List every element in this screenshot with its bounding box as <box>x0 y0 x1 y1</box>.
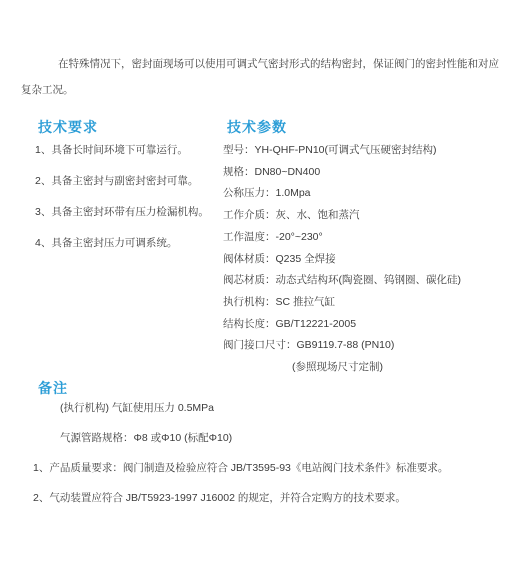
tech-params-list: 型号：YH-QHF-PN10(可调式气压硬密封结构) 规格：DN80~DN400… <box>223 140 523 379</box>
tech-params-heading: 技术参数 <box>227 117 287 137</box>
param-body-material: 阀体材质：Q235 全焊接 <box>223 249 523 271</box>
tech-requirements-list: 1、具备长时间环境下可靠运行。 2、具备主密封与副密封密封可靠。 3、具备主密封… <box>35 143 215 267</box>
tech-requirements-heading: 技术要求 <box>38 117 98 137</box>
param-custom-size-note: (参照现场尺寸定制) <box>223 357 523 379</box>
param-structure-length: 结构长度：GB/T12221-2005 <box>223 314 523 336</box>
note-item-pneumatic: 2、气动装置应符合 JB/T5923-1997 J16002 的规定，并符合定购… <box>33 491 523 505</box>
param-spec: 规格：DN80~DN400 <box>223 162 523 184</box>
intro-paragraph: 在特殊情况下，密封面现场可以使用可调式气密封形式的结构密封，保证阀门的密封性能和… <box>21 51 499 103</box>
tech-requirement-item-2: 2、具备主密封与副密封密封可靠。 <box>35 174 215 188</box>
tech-requirement-item-3: 3、具备主密封环带有压力检漏机构。 <box>35 205 215 219</box>
param-nominal-pressure: 公称压力：1.0Mpa <box>223 183 523 205</box>
tech-requirement-item-1: 1、具备长时间环境下可靠运行。 <box>35 143 215 157</box>
note-cylinder-pressure: (执行机构) 气缸使用压力 0.5MPa <box>60 402 380 415</box>
param-working-medium: 工作介质：灰、水、饱和蒸汽 <box>223 205 523 227</box>
tech-requirement-item-4: 4、具备主密封压力可调系统。 <box>35 236 215 250</box>
notes-lines: (执行机构) 气缸使用压力 0.5MPa 气源管路规格：Φ8 或Φ10 (标配Φ… <box>60 402 380 462</box>
param-flange-size: 阀门接口尺寸：GB9119.7-88 (PN10) <box>223 335 523 357</box>
param-model: 型号：YH-QHF-PN10(可调式气压硬密封结构) <box>223 140 523 162</box>
note-item-quality: 1、产品质量要求：阀门制造及检验应符合 JB/T3595-93《电站阀门技术条件… <box>33 461 523 475</box>
param-working-temp: 工作温度：-20°~230° <box>223 227 523 249</box>
document-page: 在特殊情况下，密封面现场可以使用可调式气密封形式的结构密封，保证阀门的密封性能和… <box>0 0 532 566</box>
param-actuator: 执行机构：SC 推拉气缸 <box>223 292 523 314</box>
param-core-material: 阀芯材质：动态式结构环(陶瓷圈、钨钢圈、碳化硅) <box>223 270 523 292</box>
notes-numbered-list: 1、产品质量要求：阀门制造及检验应符合 JB/T3595-93《电站阀门技术条件… <box>33 461 523 521</box>
note-air-pipe-spec: 气源管路规格：Φ8 或Φ10 (标配Φ10) <box>60 432 380 445</box>
notes-heading: 备注 <box>38 378 68 398</box>
